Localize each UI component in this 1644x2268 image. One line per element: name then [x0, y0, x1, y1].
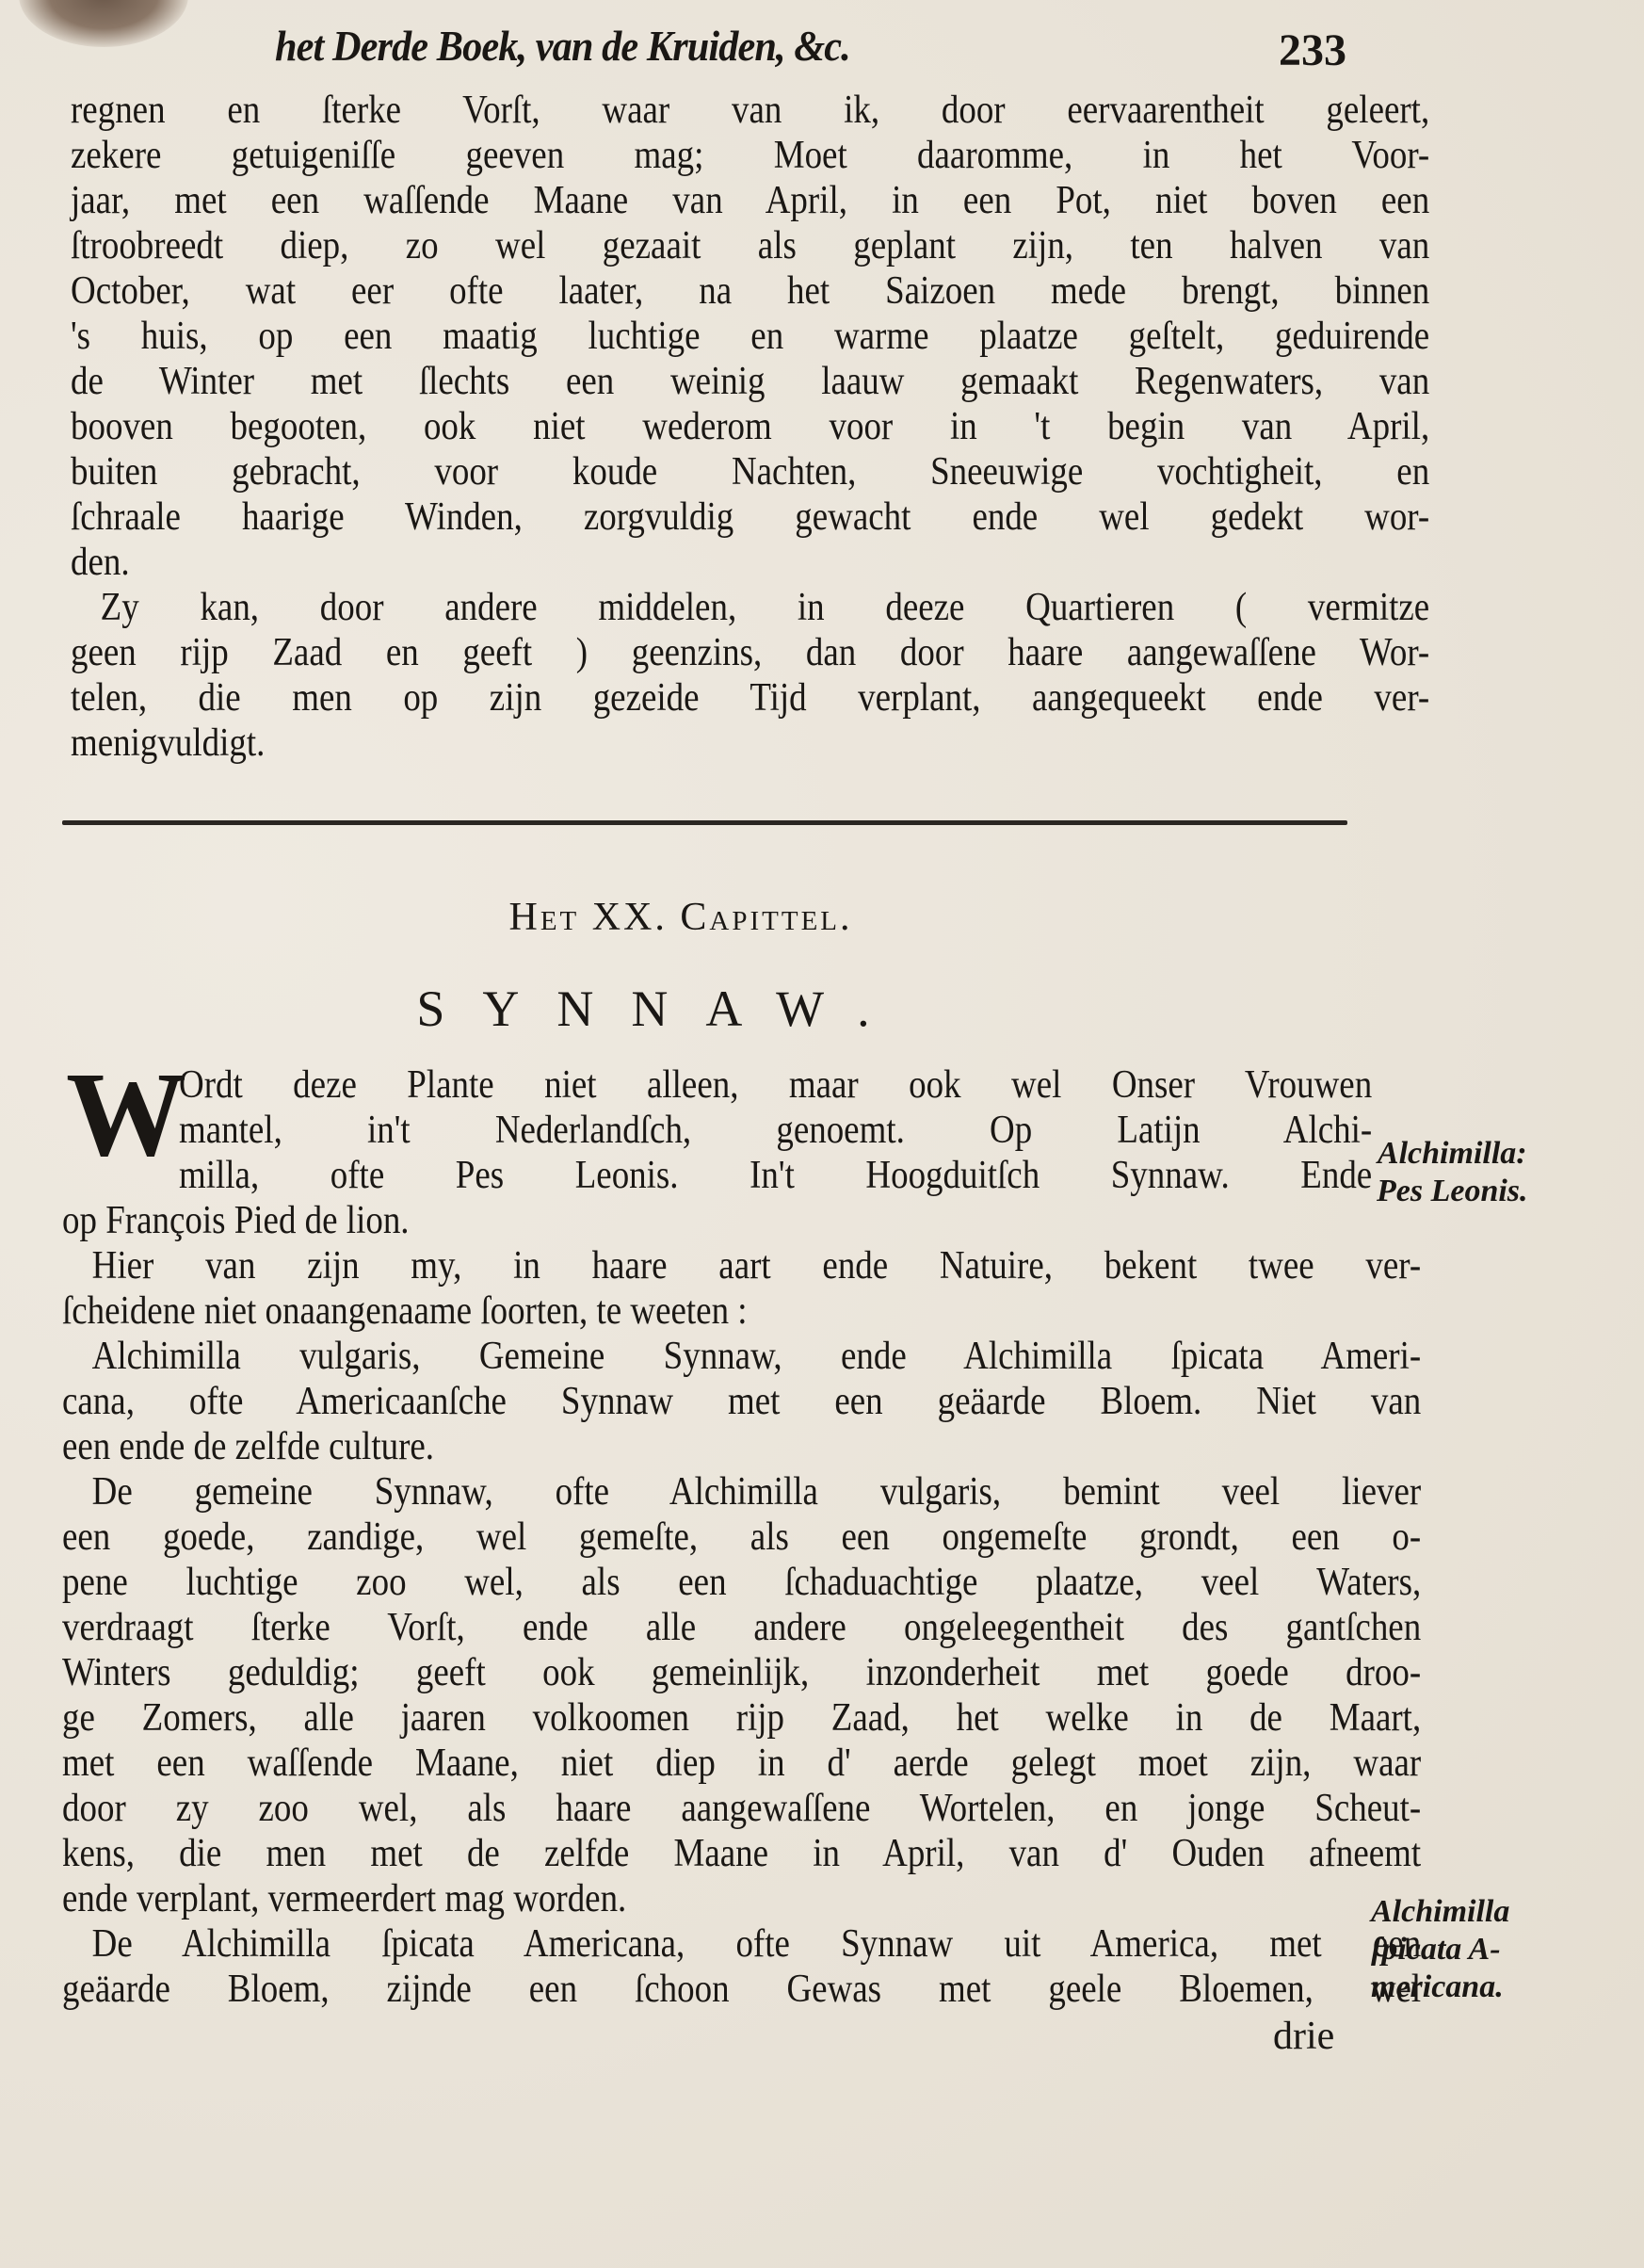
text-line: Hier van zijn my, in haare aart ende Nat… [62, 1243, 1421, 1288]
margin-note-line: Alchimilla [1371, 1893, 1509, 1931]
margin-note-line: ſpicata A- [1371, 1931, 1509, 1968]
page-number: 233 [1279, 24, 1346, 76]
chapter-title: Het XX. Capittel. [0, 895, 1503, 940]
text-line: ſtroobreedt diep, zo wel gezaait als gep… [71, 223, 1429, 268]
margin-note-line: mericana. [1371, 1968, 1509, 2006]
text-line: door zy zoo wel, als haare aangewaſſene … [62, 1786, 1421, 1831]
main-section-text-dropcap: Ordt deze Plante niet alleen, maar ook w… [179, 1062, 1478, 1198]
running-head: het Derde Boek, van de Kruiden, &c. [275, 21, 850, 71]
catchword: drie [1273, 2014, 1334, 2059]
text-line: den. [71, 540, 1429, 585]
text-line: ſchraale haarige Winden, zorgvuldig gewa… [71, 494, 1429, 540]
main-section-text: op François Pied de lion. Hier van zijn … [62, 1198, 1362, 2012]
text-line: menigvuldigt. [71, 721, 1429, 766]
text-line: telen, die men op zijn gezeide Tijd verp… [71, 675, 1429, 721]
page-smudge [19, 0, 188, 47]
margin-note-line: Alchimilla: [1377, 1135, 1528, 1173]
text-line: verdraagt ſterke Vorſt, ende alle andere… [62, 1605, 1421, 1650]
text-line: ge Zomers, alle jaaren volkoomen rijp Za… [62, 1695, 1421, 1741]
text-line: jaar, met een waſſende Maane van April, … [71, 178, 1429, 223]
section-divider-rule [62, 820, 1347, 825]
text-line: Zy kan, door andere middelen, in deeze Q… [71, 585, 1429, 630]
text-line: de Winter met ſlechts een weinig laauw g… [71, 359, 1429, 404]
text-line: een ende de zelfde culture. [62, 1424, 1421, 1469]
text-line: Ordt deze Plante niet alleen, maar ook w… [179, 1062, 1372, 1108]
text-line: ende verplant, vermeerdert mag worden. [62, 1876, 1421, 1921]
text-line: De Alchimilla ſpicata Americana, ofte Sy… [62, 1921, 1421, 1967]
text-line: booven begooten, ook niet wederom voor i… [71, 404, 1429, 449]
text-line: kens, die men met de zelfde Maane in Apr… [62, 1831, 1421, 1876]
text-line: De gemeine Synnaw, ofte Alchimilla vulga… [62, 1469, 1421, 1515]
text-line: zekere getuigeniſſe geeven mag; Moet daa… [71, 133, 1429, 178]
text-line: cana, ofte Americaanſche Synnaw met een … [62, 1379, 1421, 1424]
text-line: een goede, zandige, wel gemeſte, als een… [62, 1515, 1421, 1560]
text-line: Alchimilla vulgaris, Gemeine Synnaw, end… [62, 1334, 1421, 1379]
margin-note-alchimilla: Alchimilla: Pes Leonis. [1377, 1135, 1528, 1210]
text-line: op François Pied de lion. [62, 1198, 1421, 1243]
text-line: regnen en ſterke Vorſt, waar van ik, doo… [71, 88, 1429, 133]
text-line: pene luchtige zoo wel, als een ſchaduach… [62, 1560, 1421, 1605]
text-line: Winters geduldig; geeft ook gemeinlijk, … [62, 1650, 1421, 1695]
margin-note-line: Pes Leonis. [1377, 1173, 1528, 1210]
text-line: 's huis, op een maatig luchtige en warme… [71, 314, 1429, 359]
text-line: mantel, in't Nederlandſch, genoemt. Op L… [179, 1108, 1372, 1153]
text-line: ſcheidene niet onaangenaame ſoorten, te … [62, 1288, 1421, 1334]
text-line: October, wat eer ofte laater, na het Sai… [71, 268, 1429, 314]
text-line: met een waſſende Maane, niet diep in d' … [62, 1741, 1421, 1786]
text-line: buiten gebracht, voor koude Nachten, Sne… [71, 449, 1429, 494]
text-line: milla, ofte Pes Leonis. In't Hoogduitſch… [179, 1153, 1372, 1198]
chapter-name: SYNNAW. [0, 980, 1484, 1038]
margin-note-alchimilla-spicata: Alchimilla ſpicata A- mericana. [1371, 1893, 1509, 2006]
drop-cap: W [66, 1062, 186, 1166]
top-section-text: regnen en ſterke Vorſt, waar van ik, doo… [71, 88, 1370, 766]
text-line: geäarde Bloem, zijnde een ſchoon Gewas m… [62, 1967, 1421, 2012]
text-line: geen rijp Zaad en geeft ) geenzins, dan … [71, 630, 1429, 675]
